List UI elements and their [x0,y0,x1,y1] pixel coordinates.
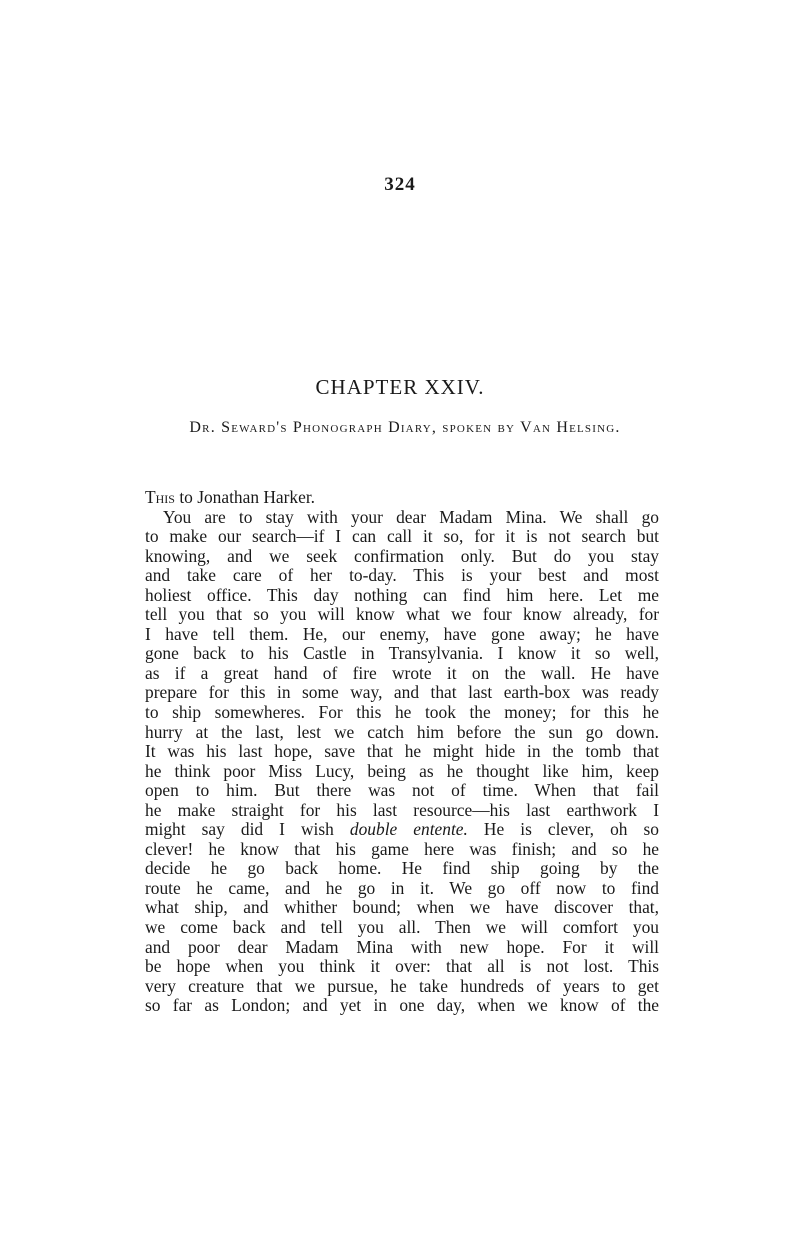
text-line: I have tell them. He, our enemy, have go… [145,625,659,645]
salutation-rest: to Jonathan Harker. [175,487,315,507]
text-line: route he came, and he go in it. We go of… [145,879,659,899]
text-line: It was his last hope, save that he might… [145,742,659,762]
page-number: 324 [0,174,800,196]
text-line: might say did I wish double entente. He … [145,820,659,840]
text-line: prepare for this in some way, and that l… [145,683,659,703]
text-line: and poor dear Madam Mina with new hope. … [145,938,659,958]
text-line: decide he go back home. He find ship goi… [145,859,659,879]
text-line: clever! he know that his game here was f… [145,840,659,860]
text-line: so far as London; and yet in one day, wh… [145,996,659,1016]
italic-phrase: double entente. [350,819,468,839]
text-line: holiest office. This day nothing can fin… [145,586,659,606]
body-text: This to Jonathan Harker. You are to stay… [145,488,659,1016]
text-line: and take care of her to-day. This is you… [145,566,659,586]
text-line: he make straight for his last resource—h… [145,801,659,821]
text-line: what ship, and whither bound; when we ha… [145,898,659,918]
text-line: gone back to his Castle in Transylvania.… [145,644,659,664]
text-line: tell you that so you will know what we f… [145,605,659,625]
text-line: we come back and tell you all. Then we w… [145,918,659,938]
text-line: be hope when you think it over: that all… [145,957,659,977]
text-line: to make our search—if I can call it so, … [145,527,659,547]
text-line: open to him. But there was not of time. … [145,781,659,801]
text-line: hurry at the last, lest we catch him bef… [145,723,659,743]
text-line: very creature that we pursue, he take hu… [145,977,659,997]
text-line: he think poor Miss Lucy, being as he tho… [145,762,659,782]
salutation-lead: This [145,487,175,507]
chapter-subtitle: Dr. Seward's Phonograph Diary, spoken by… [150,418,660,438]
text-line: to ship somewheres. For this he took the… [145,703,659,723]
text-line: You are to stay with your dear Madam Min… [145,508,659,528]
text-line: knowing, and we seek confirmation only. … [145,547,659,567]
salutation-line: This to Jonathan Harker. [145,488,659,508]
chapter-title: CHAPTER XXIV. [0,375,800,400]
line-text: He is clever, oh so [468,819,659,839]
text-line: as if a great hand of fire wrote it on t… [145,664,659,684]
line-text: might say did I wish [145,819,350,839]
